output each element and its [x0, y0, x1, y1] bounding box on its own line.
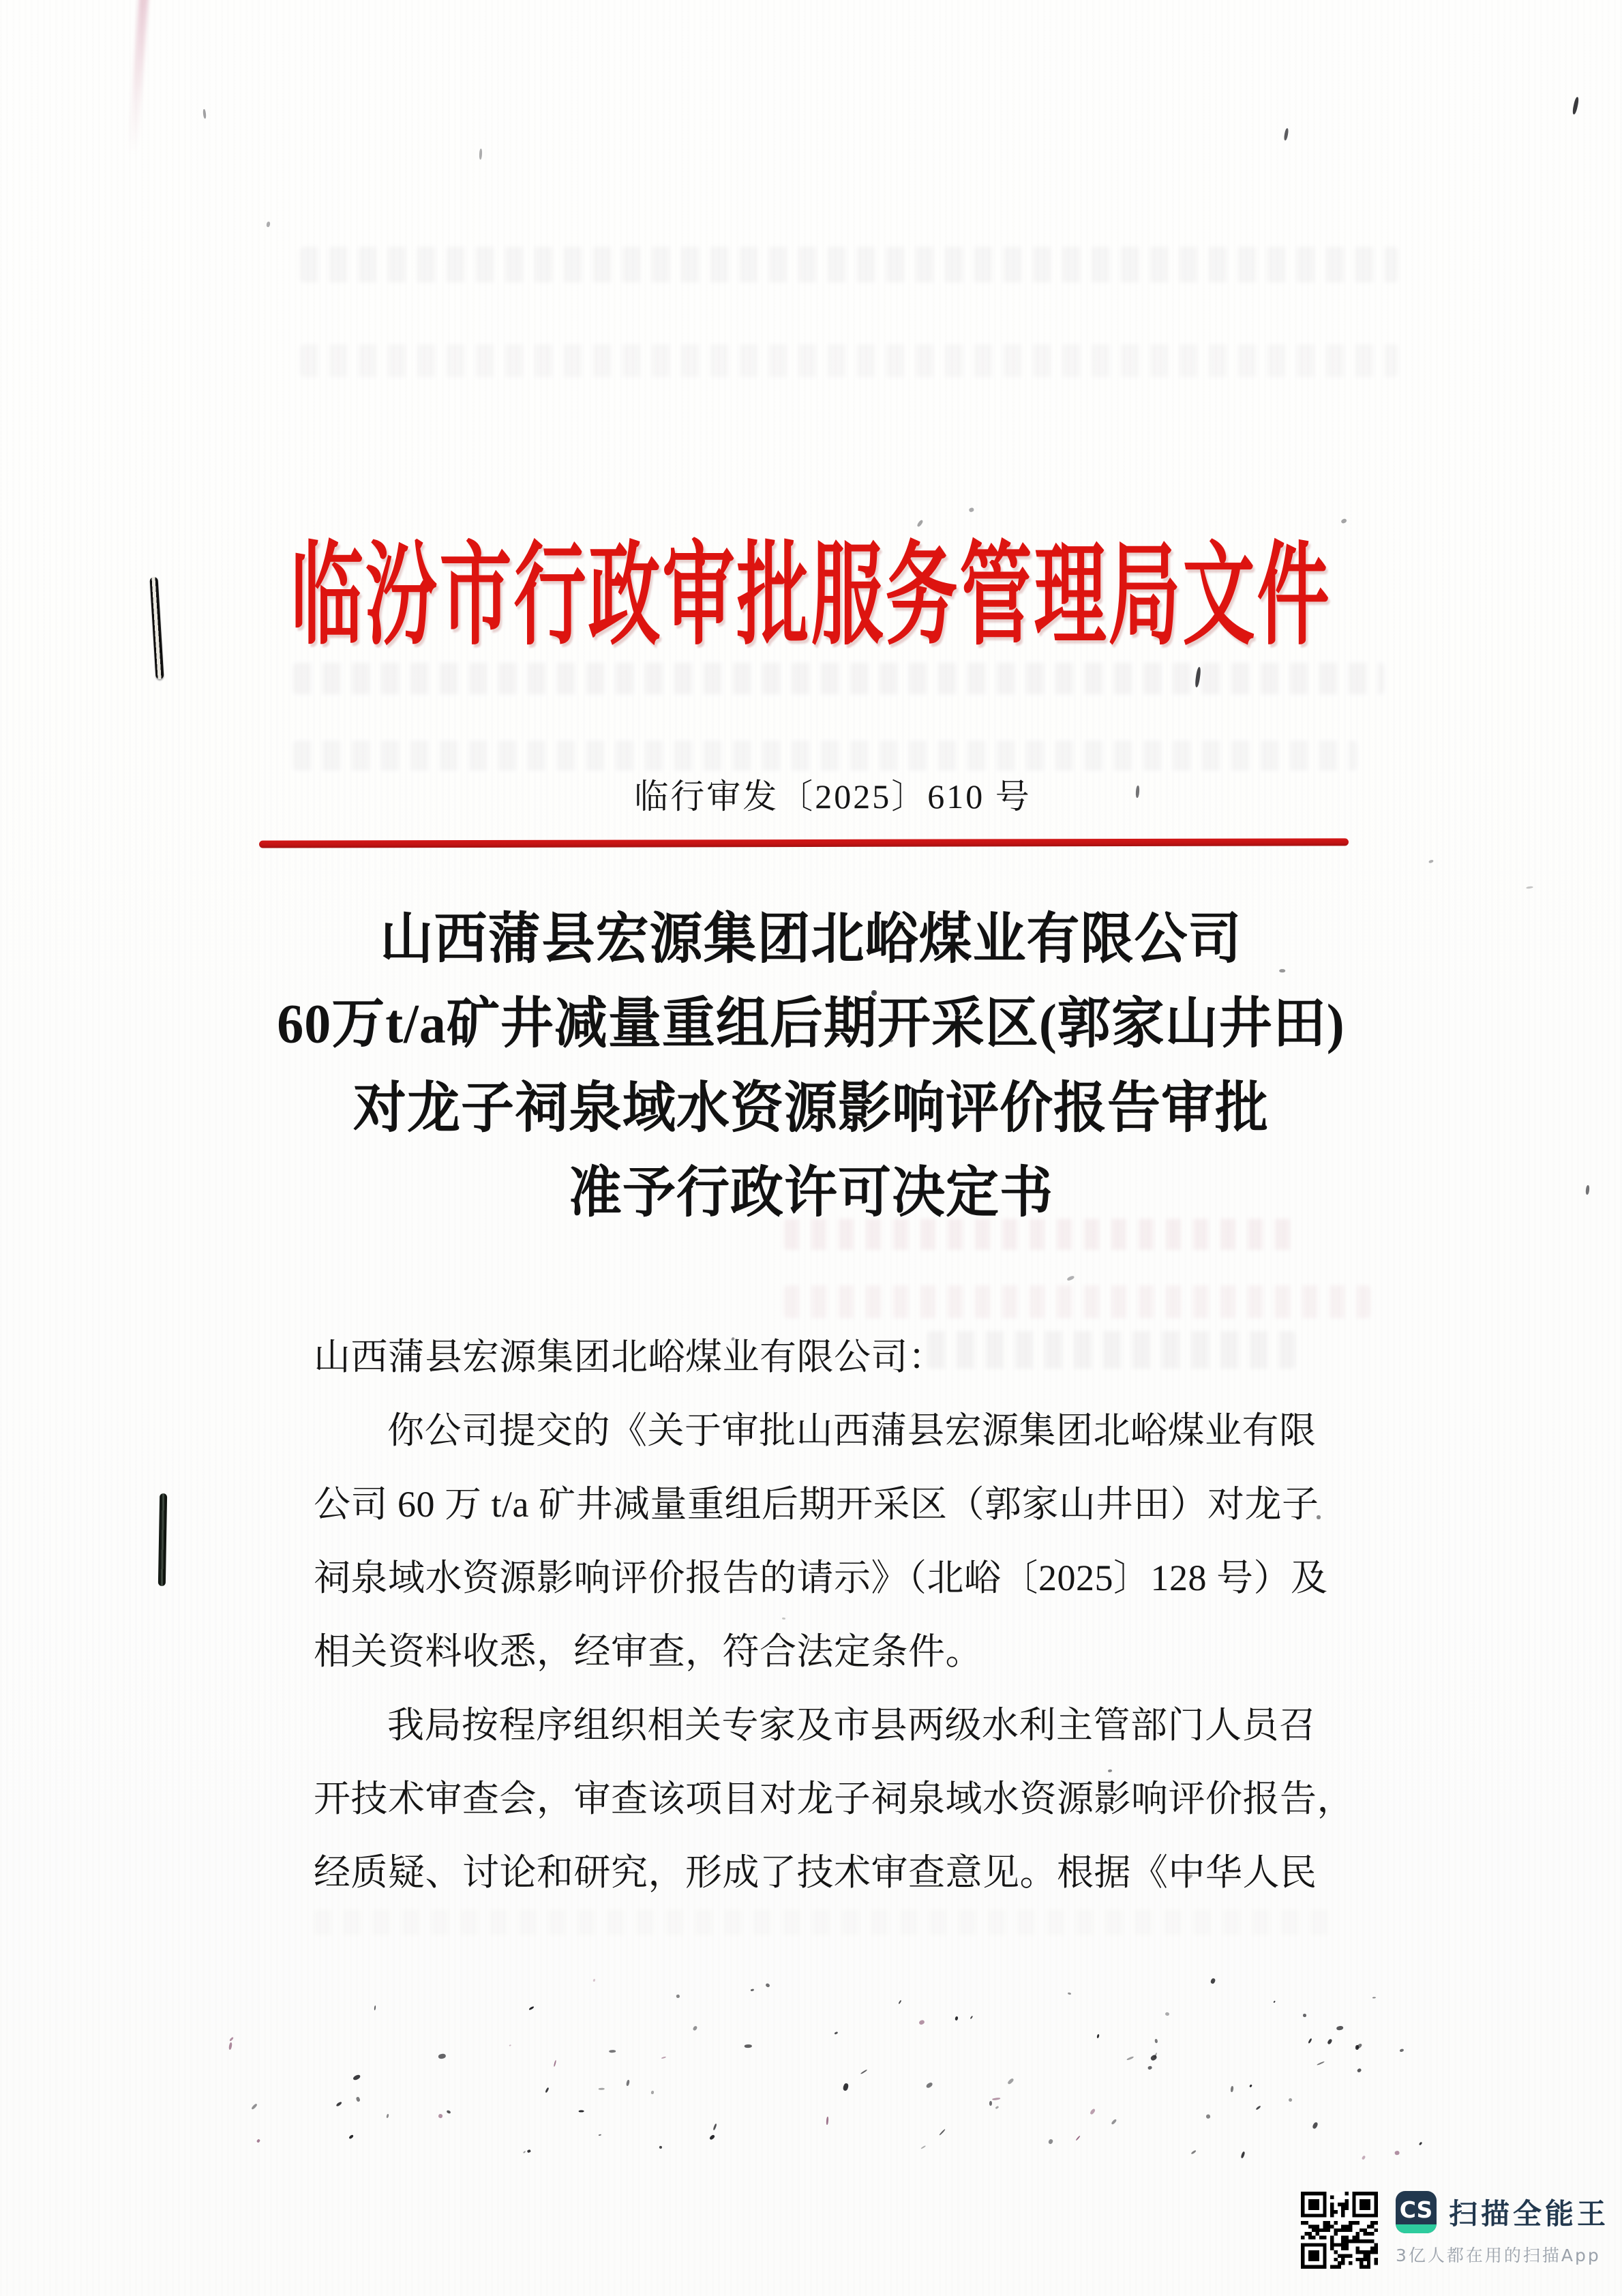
scan-speck [676, 1995, 680, 1999]
scan-speck [256, 2139, 260, 2143]
bleed-through-artifact [784, 1285, 1370, 1318]
logo-teal-strip [1396, 2224, 1437, 2233]
staple-mark [158, 1493, 167, 1586]
scan-speck [528, 2006, 534, 2011]
body-lines: 你公司提交的《关于审批山西蒲县宏源集团北峪煤业有限 公司 60 万 t/a 矿井… [314, 1390, 1369, 1906]
bleed-through-artifact [293, 741, 1357, 771]
scan-speck [745, 2044, 752, 2048]
scan-speck [1308, 2038, 1312, 2044]
scan-speck [1191, 2150, 1197, 2155]
body-text-line: 开技术审查会，审查该项目对龙子祠泉域水资源影响评价报告， [314, 1759, 1369, 1832]
scan-speck [1230, 2086, 1233, 2093]
salutation: 山西蒲县宏源集团北峪煤业有限公司： [314, 1317, 1369, 1390]
watermark-text-column: CS 扫描全能王 3亿人都在用的扫描App [1396, 2190, 1609, 2267]
scan-speck [1428, 860, 1434, 864]
scan-speck [871, 990, 877, 996]
scan-speck [374, 2005, 376, 2010]
scan-speck [335, 2101, 342, 2107]
title-line: 准予行政许可决定书 [0, 1144, 1622, 1232]
title-line: 60万t/a矿井减量重组后期开采区(郭家山井田) [0, 975, 1622, 1063]
scan-speck [1327, 2039, 1332, 2045]
scan-speck [1395, 2151, 1400, 2156]
scan-speck [1361, 2155, 1366, 2160]
scan-speck [992, 2097, 1000, 2100]
scan-speck [479, 149, 483, 160]
scan-speck [925, 2082, 933, 2089]
scan-speck [1048, 2138, 1054, 2145]
red-separator-line [259, 838, 1349, 848]
scan-speck [1288, 2098, 1293, 2103]
scan-speck [446, 2110, 451, 2114]
scan-speck [438, 2054, 447, 2059]
scan-speck [229, 2037, 234, 2042]
scan-speck [1355, 2045, 1360, 2050]
scan-speck [1068, 1993, 1072, 1995]
scan-speck [1165, 2012, 1170, 2016]
scan-speck [1126, 2056, 1135, 2061]
scan-speck [626, 2079, 630, 2085]
scan-speck [661, 2056, 667, 2059]
scan-speck [1007, 2078, 1014, 2085]
scan-speck [1317, 1515, 1321, 1519]
scan-speck [860, 2069, 868, 2074]
scan-speck [545, 2087, 550, 2093]
scan-speck [751, 1989, 754, 1992]
scan-speck [599, 2087, 605, 2089]
scan-speck [651, 2091, 655, 2095]
scan-speck [1147, 2066, 1152, 2070]
scan-speck [386, 2113, 389, 2118]
scan-speck [955, 2016, 959, 2020]
scan-speck [920, 2145, 926, 2149]
scan-speck [995, 2106, 1000, 2109]
scan-speck [1283, 128, 1289, 141]
scan-speck [438, 2113, 443, 2119]
title-line: 山西蒲县宏源集团北峪煤业有限公司 [0, 891, 1622, 979]
scan-speck [899, 2000, 902, 2004]
scan-speck [1372, 1997, 1376, 1999]
scan-speck [202, 109, 206, 119]
scan-speck [1154, 2038, 1158, 2042]
app-tagline: 3亿人都在用的扫描App [1396, 2242, 1609, 2267]
camscanner-watermark: CS 扫描全能王 3亿人都在用的扫描App [1301, 2190, 1609, 2270]
body-text-line: 相关资料收悉，经审查，符合法定条件。 [314, 1611, 1369, 1685]
scan-speck [1066, 1275, 1075, 1281]
scan-speck [835, 2031, 839, 2035]
scan-speck [251, 2103, 258, 2110]
app-name: 扫描全能王 [1449, 2192, 1609, 2233]
bleed-through-artifact [293, 663, 1384, 694]
scan-speck [713, 2123, 717, 2131]
body-text-line: 经质疑、讨论和研究，形成了技术审查意见。根据《中华人民 [314, 1832, 1369, 1906]
bleed-through-artifact [300, 344, 1398, 377]
scan-speck [578, 2111, 584, 2113]
scan-speck [1317, 2061, 1325, 2066]
scan-speck [692, 2025, 697, 2031]
bleed-through-artifact [314, 1909, 1336, 1935]
scan-speck [1255, 2105, 1261, 2110]
scan-speck [554, 2060, 557, 2067]
scan-speck [1525, 886, 1533, 889]
scan-speck [523, 2150, 526, 2153]
scan-speck [1419, 2142, 1423, 2146]
scan-speck [1303, 2014, 1307, 2018]
scan-speck [1089, 2108, 1096, 2115]
scan-speck [1076, 2136, 1081, 2142]
scan-speck [1336, 2026, 1344, 2031]
scan-speck [352, 2074, 361, 2081]
scan-speck [970, 2016, 973, 2019]
scan-speck [1400, 2048, 1405, 2053]
scan-speck [659, 2145, 663, 2149]
scan-speck [1273, 2001, 1276, 2003]
scan-speck [843, 2083, 849, 2091]
logo-text: CS [1400, 2198, 1433, 2221]
scan-speck [1111, 2119, 1117, 2125]
qr-code-icon [1301, 2190, 1378, 2270]
scan-speck [1240, 2151, 1245, 2159]
scan-speck [989, 2101, 992, 2106]
scan-speck [1206, 2114, 1212, 2119]
body-text-line: 祠泉域水资源影响评价报告的请示》（北峪〔2025〕128 号）及 [314, 1538, 1369, 1611]
scan-speck [1356, 2068, 1362, 2073]
body-text-line: 公司 60 万 t/a 矿井减量重组后期开采区（郭家山井田）对龙子 [314, 1464, 1369, 1538]
scan-speck [1572, 97, 1579, 115]
camscanner-logo-icon: CS [1396, 2191, 1437, 2233]
body-text-line: 你公司提交的《关于审批山西蒲县宏源集团北峪煤业有限 [314, 1390, 1369, 1464]
body-text-line: 我局按程序组织相关专家及市县两级水利主管部门人员召 [314, 1685, 1369, 1759]
scan-speck [826, 2117, 829, 2125]
title-line: 对龙子祠泉域水资源影响评价报告审批 [0, 1060, 1622, 1148]
bleed-through-artifact [300, 247, 1398, 282]
agency-header: 临汾市行政审批服务管理局文件 [0, 506, 1622, 667]
scan-speck [527, 2149, 531, 2153]
document-title: 山西蒲县宏源集团北峪煤业有限公司 60万t/a矿井减量重组后期开采区(郭家山井田… [0, 892, 1622, 1230]
scan-speck [599, 2134, 601, 2136]
scan-speck [1249, 2085, 1252, 2088]
scan-speck [1279, 969, 1285, 972]
document-body: 山西蒲县宏源集团北峪煤业有限公司： 你公司提交的《关于审批山西蒲县宏源集团北峪煤… [314, 1317, 1369, 1906]
scan-speck [228, 2042, 232, 2051]
scan-speck [1210, 1978, 1216, 1985]
scan-speck [919, 2020, 926, 2026]
scan-speck [609, 2050, 616, 2053]
scan-speck [939, 2128, 946, 2135]
scan-speck [509, 2044, 511, 2046]
scanned-document-page: 临汾市行政审批服务管理局文件 临行审发〔2025〕610 号 山西蒲县宏源集团北… [0, 0, 1622, 2296]
scan-speck [766, 1983, 771, 1988]
scan-speck [593, 1979, 596, 1982]
document-number: 临行审发〔2025〕610 号 [0, 769, 1622, 818]
scan-speck [1096, 2034, 1100, 2039]
scan-crease-artifact [128, 0, 149, 154]
scan-speck [1312, 2121, 1319, 2130]
scan-speck [266, 222, 270, 228]
scan-speck [348, 2134, 354, 2140]
scan-speck [709, 2134, 715, 2141]
scan-speck [356, 2096, 361, 2102]
watermark-logo-row: CS 扫描全能王 [1396, 2190, 1609, 2234]
